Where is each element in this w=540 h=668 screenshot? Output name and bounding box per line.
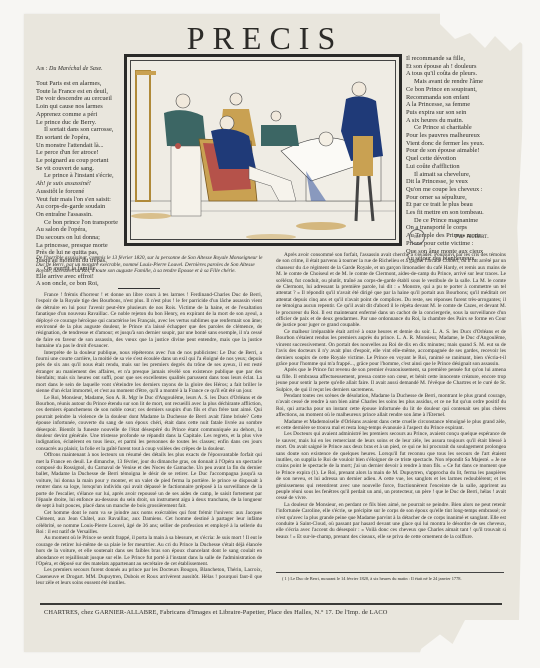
verse-line: Il sortait dans son carrosse,: [36, 126, 118, 134]
article-paragraph: Les premiers secours furent donnés au pr…: [36, 567, 262, 586]
footnote-divider: [276, 572, 504, 573]
verse-line: Se vit couvert de sang.: [36, 165, 118, 173]
article-paragraph: Madame et Mademoiselle d'Orléans avaient…: [276, 419, 506, 432]
illustration-frame: [130, 60, 396, 240]
verse-line: A son oncle, ce bon Roi,: [36, 280, 118, 288]
article-paragraph: France ! frémis d'horreur ! et donne un …: [36, 292, 262, 350]
printer-imprint: CHARTRES, chez GARNIER-ALLABRE, Fabrican…: [44, 609, 387, 616]
verse-line: A tous qu'il coûta de pleurs.: [406, 70, 484, 78]
author-name: Aubert.: [466, 233, 488, 240]
verse-line: Et par ce trait le plus beau: [406, 201, 484, 209]
verse-line: Mais avant de rendre l'âme: [406, 78, 484, 86]
article-paragraph: Au moment où le Prince se sentit frappé,…: [36, 535, 262, 567]
verse-line: Dit la Princesse, je veux: [406, 178, 484, 186]
verse-line: Quel cette dévotion: [406, 155, 484, 163]
verse-line: Ce Prince si charitable: [406, 124, 484, 132]
verse-line: Il recommande sa fille,: [406, 55, 484, 63]
verse-line: Les fit mettre en son tombeau.: [406, 209, 484, 217]
verse-line: Apprenez comme a péri: [36, 111, 118, 119]
author-signature: Par Aubert.: [455, 233, 489, 240]
article-paragraph: Après avoir consommé son forfait, l'assa…: [276, 252, 506, 329]
verse-line: Veut fuir mais l'on s'en saisit:: [36, 196, 118, 204]
tune-line: Air : Du Maréchal de Saxe.: [36, 66, 103, 72]
library-stamp: BN: [409, 229, 425, 245]
verse-line: Qu'on me coupe les cheveux :: [406, 186, 484, 194]
verse-line: Vient donc de fermer les yeux.: [406, 140, 484, 148]
verse-line: Du secours on lui donna;: [36, 234, 118, 242]
article-paragraph: Après que le Prince fut revenu de son pr…: [276, 367, 506, 393]
verse-line: Un monstre l'attendait là...: [36, 142, 118, 150]
intro-summary: De l'horrible assassinat, commis le 13 f…: [36, 255, 266, 275]
verse-line: Ce bon prince l'on transporte: [36, 219, 118, 227]
illustration-death-bed-scene: [124, 54, 402, 246]
tune-label: Air :: [36, 66, 48, 72]
verse-line: Puis expira sur son sein: [406, 109, 484, 117]
verse-line: A six heures du matin.: [406, 117, 484, 125]
verse-line: Toute la France est en deuil,: [36, 88, 118, 96]
verse-line: Au corps-de-garde soudain: [36, 203, 118, 211]
tune-name: Du Maréchal de Saxe.: [49, 66, 103, 72]
footnote: ( 1 ) Le Duc de Berri, mourant le 14 fév…: [282, 576, 462, 581]
article-paragraph: Offrons maintenant à nos lecteurs un rés…: [36, 452, 262, 510]
verse-line: Loin qui cause nos larmes: [36, 103, 118, 111]
verse-line: Ah! je suis assassiné!: [36, 180, 118, 188]
verse-line: En sortant de l'opéra,: [36, 134, 118, 142]
verse-line: Il aimait sa chevelure,: [406, 171, 484, 179]
verse-line: Pour les pauvres malheureux: [406, 132, 484, 140]
verse-line: On entraîne l'assassin.: [36, 211, 118, 219]
verse-line: Le perce d'un fer atroce!: [36, 149, 118, 157]
verse-line: De voir descendre au cercueil: [36, 95, 118, 103]
verse-line: Recommanda son enfant: [406, 94, 484, 102]
scene-drawing: [131, 61, 396, 240]
verse-line: Le prince à l'instant s'écrie,: [36, 172, 118, 180]
verse-line: La princesse, presque morte: [36, 242, 118, 250]
verse-line: A la Princesse, sa femme: [406, 101, 484, 109]
verse-line: Au salon de l'opéra,: [36, 226, 118, 234]
verse-line: Le prince duc de Berry.: [36, 119, 118, 127]
verse-line: Aussitôt le forcené: [36, 188, 118, 196]
verse-line: Ce bon Prince en soupirant,: [406, 86, 484, 94]
article-paragraph: Pendant toutes ces scènes de désolation,…: [276, 393, 506, 419]
verse-line: Pour orner sa sépulture,: [406, 194, 484, 202]
article-column-right: Après avoir consommé son forfait, l'assa…: [276, 252, 506, 540]
imprint-divider: [40, 603, 502, 605]
verse-line: Tout Paris est en alarmes,: [36, 80, 118, 88]
article-paragraph: Le Roi, Monsieur, Madame, Son A. R. Mgr …: [36, 395, 262, 453]
article-paragraph: Les Docteurs qui avaient administré les …: [276, 431, 506, 501]
verse-line: Lui coûte d'affliction: [406, 163, 484, 171]
verse-line: De ce Prince magnanime: [406, 217, 484, 225]
article-paragraph: Ce malheur irréparable était arrivé à on…: [276, 329, 506, 367]
verse-line: Le poignard au coup portant: [36, 157, 118, 165]
article-paragraph: Cet homme dont le nom va se joindre aux …: [36, 510, 262, 536]
ornamental-divider: [118, 288, 160, 289]
article-paragraph: La douleur de Monsieur, en perdant ce fi…: [276, 502, 506, 540]
article-paragraph: Interprète de la douleur publique, nous …: [36, 350, 262, 395]
article-column-left: France ! frémis d'horreur ! et donne un …: [36, 292, 262, 587]
verse-line: Et son épouse ah ! douleurs: [406, 63, 484, 71]
verse-line: Pour de son épouse aimable!: [406, 147, 484, 155]
